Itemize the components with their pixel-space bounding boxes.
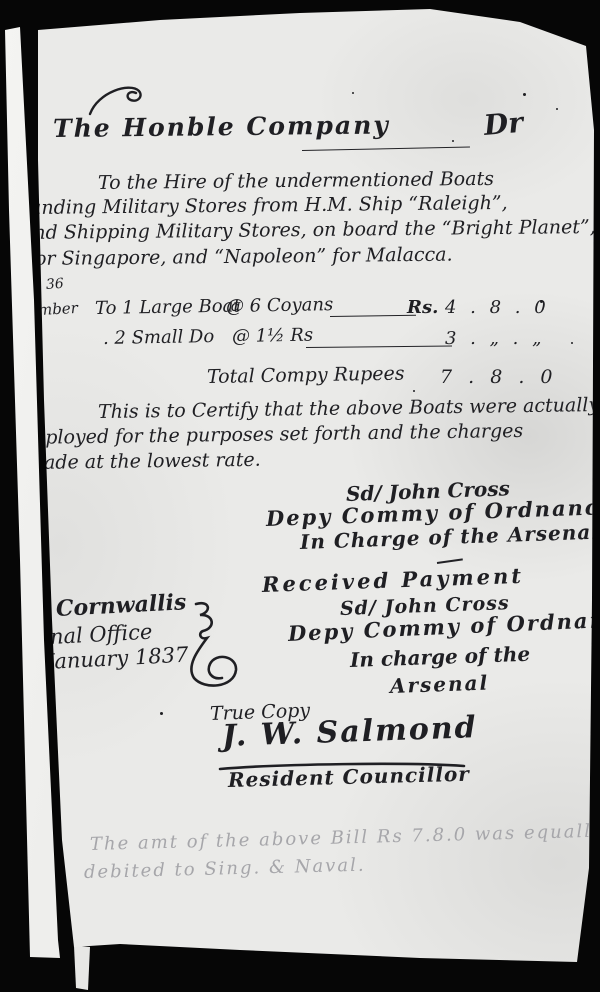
pencil-note-line-1: The amt of the above Bill Rs 7.8.0 was e… xyxy=(90,823,600,854)
intro-line-3: and Shipping Military Stores, on board t… xyxy=(22,218,596,243)
signature2-title-line: Depy Commy of Ordnance xyxy=(288,608,600,644)
billing-row2-description: . 2 Small Do xyxy=(103,328,215,348)
ink-speck xyxy=(160,712,163,715)
signature2-arsenal-line: Arsenal xyxy=(390,673,490,696)
signature1-flourish-dash xyxy=(437,558,463,564)
ink-speck xyxy=(540,300,543,303)
billing-row1-rate: @ 6 Coyans xyxy=(226,296,334,316)
received-payment-line: Received Payment xyxy=(262,565,525,595)
billing-row1-description: To 1 Large Boat xyxy=(95,297,241,318)
payee-name: The Honble Company xyxy=(53,112,390,141)
certification-line-2: employed for the purposes set forth and … xyxy=(16,422,523,448)
ink-speck xyxy=(523,93,526,96)
stamp-date-line: January 1837 xyxy=(45,645,188,673)
margin-year: 36 xyxy=(46,277,65,292)
billing-row2-amount: 3 . „ . „ xyxy=(445,330,545,348)
intro-line-2: landing Military Stores from H.M. Ship “… xyxy=(24,194,508,218)
ink-speck xyxy=(571,342,573,344)
debit-abbreviation: Dr xyxy=(483,109,524,140)
header-rule xyxy=(302,146,470,151)
billing-total-amount: 7 . 8 . 0 xyxy=(440,368,558,387)
ink-speck xyxy=(413,390,415,392)
document-scan: The Honble Company Dr To the Hire of the… xyxy=(0,0,600,992)
ink-speck xyxy=(452,140,454,142)
councillor-title: Resident Councillor xyxy=(228,764,470,790)
ink-speck xyxy=(556,108,558,110)
billing-row2-rate: @ 1½ Rs xyxy=(232,327,313,346)
pencil-note-line-2: debited to Sing. & Naval. xyxy=(84,857,366,882)
certification-line-3: made at the lowest rate. xyxy=(26,451,261,473)
margin-month-fragment: mber xyxy=(38,301,79,318)
stamp-office-line: nal Office xyxy=(49,622,152,648)
billing-row1-leader xyxy=(330,315,416,317)
intro-line-4: for Singapore, and “Napoleon” for Malacc… xyxy=(28,246,453,269)
ink-speck xyxy=(352,92,354,94)
scanned-page: The Honble Company Dr To the Hire of the… xyxy=(0,0,600,992)
certification-line-1: This is to Certify that the above Boats … xyxy=(98,396,599,422)
billing-row1-amount: 4 . 8 . 0 xyxy=(445,299,550,317)
billing-row2-leader xyxy=(306,345,452,348)
billing-row1-currency: Rs. xyxy=(407,299,438,317)
intro-line-1: To the Hire of the undermentioned Boats xyxy=(98,170,494,193)
signature2-charge-line: In charge of the xyxy=(350,644,531,670)
stamp-place-line: Cornwallis xyxy=(55,591,186,620)
signature-paraph-icon xyxy=(172,600,242,692)
billing-total-label: Total Compy Rupees xyxy=(207,365,405,387)
councillor-signature: J. W. Salmond xyxy=(221,713,478,752)
